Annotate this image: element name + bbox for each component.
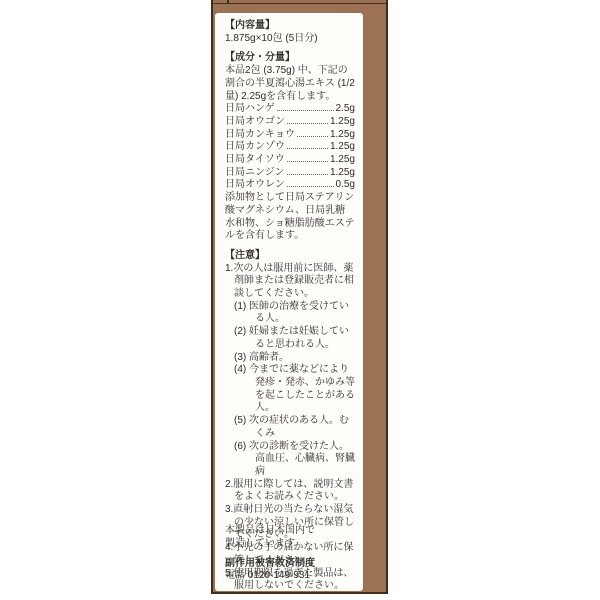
ingredient-row: 日局カンゾウ 1.25g <box>225 141 355 154</box>
dotted-leader <box>287 148 328 149</box>
caution-subitem: (2) 妊婦または妊娠していると思われる人。 <box>225 326 355 351</box>
relief-phone-number: 電話 0120-149-931 <box>225 570 355 583</box>
made-in-japan-text: 本製品は日本国内で 製造しています <box>225 525 355 550</box>
contents-body: 1.875g×10包 (5日分) <box>225 33 355 46</box>
top-fold-line <box>211 3 388 4</box>
dotted-leader <box>297 136 328 137</box>
ingredient-amount: 1.25g <box>330 154 355 167</box>
caution-subitem: (3) 高齢者。 <box>225 352 355 365</box>
additives-text: 添加物として日局ステアリン酸マグネシウム、日局乳糖水和物、ショ糖脂肪酸エステルを… <box>225 192 355 243</box>
relief-system-title: 副作用被害救済制度 <box>225 558 355 571</box>
ingredient-amount: 1.25g <box>330 129 355 142</box>
caution-item: 2.服用に際しては、説明文書をよくお読みください。 <box>225 479 355 504</box>
dotted-leader <box>277 110 334 111</box>
caution-item: 1.次の人は服用前に医師、薬剤師または登録販売者に相談してください。 <box>225 263 355 301</box>
dotted-leader <box>287 123 328 124</box>
ingredient-amount: 2.5g <box>336 103 355 116</box>
ingredient-amount: 1.25g <box>330 167 355 180</box>
ingredient-row: 日局オウレン 0.5g <box>225 179 355 192</box>
ingredient-amount: 0.5g <box>336 179 355 192</box>
contents-heading: 【内容量】 <box>225 20 355 33</box>
ingredient-row: 日局タイソウ 1.25g <box>225 154 355 167</box>
caution-subitem: (1) 医師の治療を受けている人。 <box>225 301 355 326</box>
ingredient-name: 日局オウゴン <box>225 116 285 129</box>
caution-subitem: (4) 今までに薬などにより発疹・発赤、かゆみ等を起こしたことがある人。 <box>225 364 355 415</box>
caution-subitem: (5) 次の症状のある人。むくみ <box>225 415 355 440</box>
ingredient-amount: 1.25g <box>330 141 355 154</box>
package-side-panel: 【内容量】 1.875g×10包 (5日分) 【成分・分量】 本品2包 (3.7… <box>0 0 600 600</box>
ingredient-row: 日局カンキョウ 1.25g <box>225 129 355 142</box>
caution-subitem: (6) 次の診断を受けた人。高血圧、心臓病、腎臓病 <box>225 441 355 479</box>
dotted-leader <box>287 174 328 175</box>
dotted-leader <box>287 161 328 162</box>
top-flap-tick <box>227 0 229 4</box>
ingredient-name: 日局オウレン <box>225 179 285 192</box>
dotted-leader <box>287 186 334 187</box>
label-area: 【内容量】 1.875g×10包 (5日分) 【成分・分量】 本品2包 (3.7… <box>215 13 363 591</box>
ingredient-name: 日局ハンゲ <box>225 103 275 116</box>
composition-intro: 本品2包 (3.75g) 中、下記の割合の半夏瀉心湯エキス (1/2量) 2.2… <box>225 65 355 103</box>
ingredient-row: 日局ニンジン 1.25g <box>225 167 355 180</box>
ingredient-amount: 1.25g <box>330 116 355 129</box>
ingredient-name: 日局タイソウ <box>225 154 285 167</box>
ingredient-row: 日局オウゴン 1.25g <box>225 116 355 129</box>
ingredient-name: 日局カンゾウ <box>225 141 285 154</box>
ingredient-name: 日局ニンジン <box>225 167 285 180</box>
ingredient-row: 日局ハンゲ 2.5g <box>225 103 355 116</box>
label-footer: 本製品は日本国内で 製造しています 副作用被害救済制度 電話 0120-149-… <box>225 525 355 583</box>
caution-heading: 【注意】 <box>225 250 355 263</box>
composition-heading: 【成分・分量】 <box>225 52 355 65</box>
ingredient-name: 日局カンキョウ <box>225 129 295 142</box>
